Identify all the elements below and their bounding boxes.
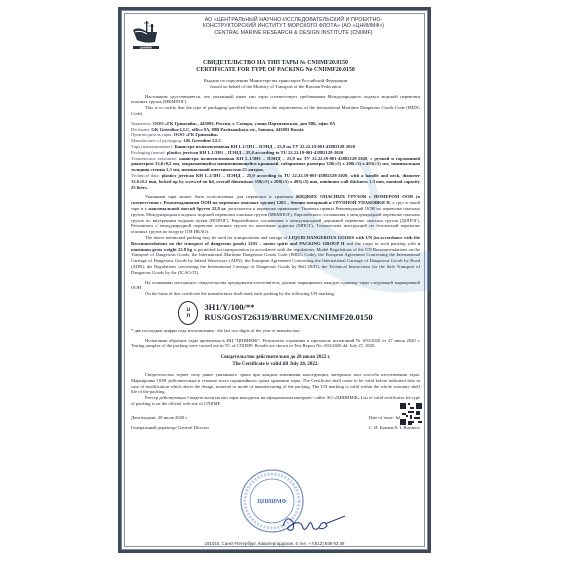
- svg-text:ЦНИИМФ: ЦНИИМФ: [257, 499, 286, 505]
- institute-address: 191015, Санкт-Петербург, Кавалергардская…: [121, 541, 428, 546]
- certificate-body: СВИДЕТЕЛЬСТВО НА ТИП ТАРЫ № CNIIMF20.015…: [131, 60, 420, 431]
- certify-statement-en: This is to certify that the type of pack…: [131, 105, 420, 117]
- director-name: С. И. Буянов/S. I. Buyanov: [369, 425, 420, 431]
- svg-text:ЦНИИМФ: ЦНИИМФ: [140, 45, 153, 49]
- un-marking-code: 3H1/Y/100/** RUS/GOST26319/BRUMEX/CNIIMF…: [204, 303, 372, 322]
- un-packaging-symbol-icon: u n: [178, 301, 198, 325]
- usage-ru: Указанная тара может быть использована д…: [131, 194, 420, 235]
- usage-en: The above mentioned packing may be used …: [131, 235, 420, 276]
- organization-header: АО «ЦЕНТРАЛЬНЫЙ НАУЧНО-ИССЛЕДОВАТЕЛЬСКИЙ…: [169, 17, 418, 36]
- validity-statement: Свидетельство действительно до 28 июля 2…: [131, 355, 420, 368]
- director-title: Генеральный директор/ General Director: [131, 425, 209, 431]
- org-name-en: CENTRAL MARINE RESEARCH & DESIGN INSTITU…: [169, 30, 418, 36]
- certificate-title-ru: СВИДЕТЕЛЬСТВО НА ТИП ТАРЫ № CNIIMF20.015…: [131, 60, 420, 67]
- qr-code-icon[interactable]: [400, 403, 422, 425]
- ship-logo-icon: ЦНИИМФ: [129, 18, 163, 54]
- validity-conditions: Свидетельство теряет силу ранее указанно…: [131, 372, 420, 395]
- certificate-frame: ЦНИИМФ АО «ЦЕНТРАЛЬНЫЙ НАУЧНО-ИССЛЕДОВАТ…: [118, 7, 431, 553]
- marking-intro-en: On the basis of this certificate the man…: [131, 291, 420, 297]
- marking-intro-ru: На основании настоящего свидетельства пр…: [131, 280, 420, 292]
- director-signature-icon: [279, 510, 349, 538]
- issue-date-ru: Дата выдачи: 28 июля 2020 г.: [131, 415, 188, 421]
- director-row: Генеральный директор/ General Director С…: [131, 425, 420, 431]
- certify-statement-ru: Настоящим удостоверяется, что указанный …: [131, 94, 420, 106]
- un-marking: u n 3H1/Y/100/** RUS/GOST26319/BRUMEX/CN…: [131, 301, 420, 325]
- registry-note: Реестр действующих Свидетельств на тип т…: [131, 395, 420, 407]
- org-name-ru-line2: КОНСТРУКТОРСКИЙ ИНСТИТУТ МОРСКОГО ФЛОТА»…: [169, 23, 418, 29]
- technical-description-ru: Техническое описание: канистра полиэтиле…: [131, 156, 420, 173]
- testing-note: Испытания образцов тары проведены в ИЦ "…: [131, 338, 420, 350]
- certificate-title-en: CERTIFICATE FOR TYPE OF PACKING No CNIIM…: [131, 67, 420, 74]
- technical-description-en: Technical data: plastics jerrican КН I–1…: [131, 173, 420, 190]
